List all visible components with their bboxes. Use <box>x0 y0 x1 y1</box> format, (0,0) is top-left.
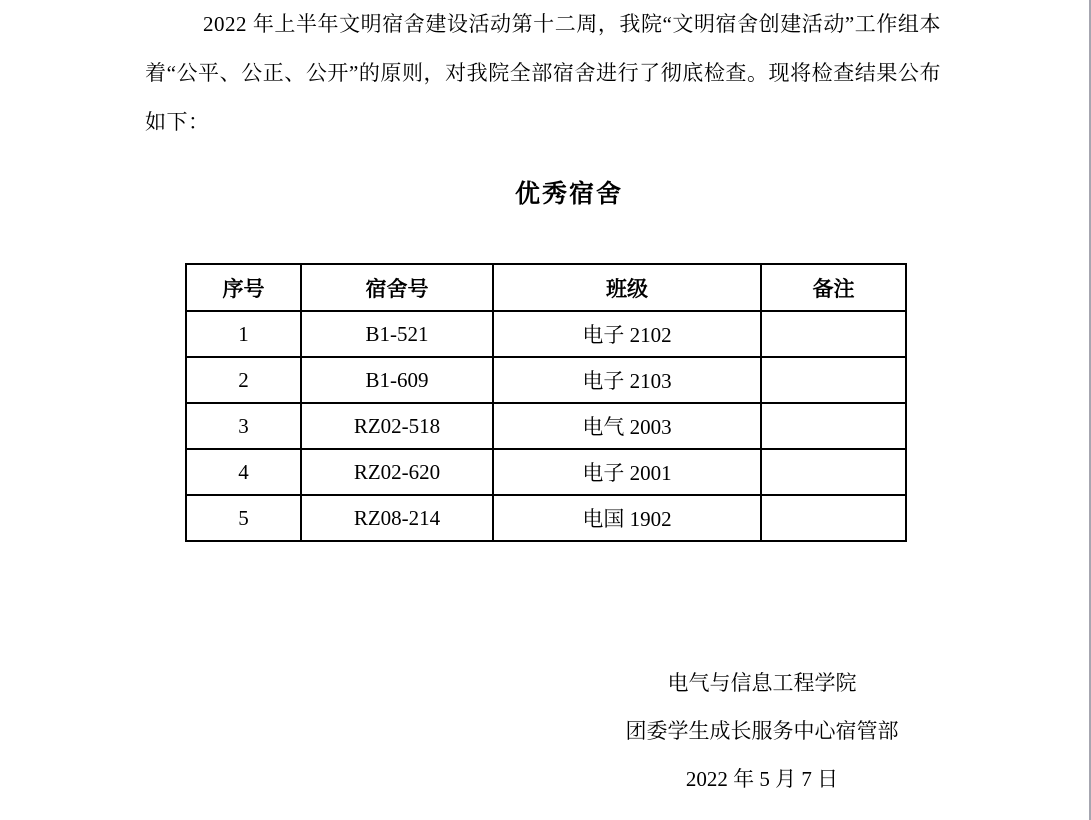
table-row: 2 B1-609 电子 2103 <box>186 357 906 403</box>
header-serial-number: 序号 <box>186 264 301 311</box>
cell-serial: 1 <box>186 311 301 357</box>
signature-date: 2022 年 5 月 7 日 <box>582 755 942 803</box>
table-row: 5 RZ08-214 电国 1902 <box>186 495 906 541</box>
table-header-row: 序号 宿舍号 班级 备注 <box>186 264 906 311</box>
cell-class: 电子 2102 <box>493 311 761 357</box>
cell-serial: 4 <box>186 449 301 495</box>
signature-block: 电气与信息工程学院 团委学生成长服务中心宿管部 2022 年 5 月 7 日 <box>582 659 942 803</box>
signature-office: 团委学生成长服务中心宿管部 <box>582 707 942 755</box>
intro-paragraph: 2022 年上半年文明宿舍建设活动第十二周，我院“文明宿舍创建活动”工作组本着“… <box>145 0 941 147</box>
cell-class: 电子 2001 <box>493 449 761 495</box>
cell-remarks <box>761 449 906 495</box>
cell-serial: 3 <box>186 403 301 449</box>
cell-remarks <box>761 357 906 403</box>
header-remarks: 备注 <box>761 264 906 311</box>
cell-dorm: RZ08-214 <box>301 495 493 541</box>
header-dorm-number: 宿舍号 <box>301 264 493 311</box>
table-row: 1 B1-521 电子 2102 <box>186 311 906 357</box>
cell-dorm: RZ02-620 <box>301 449 493 495</box>
section-title: 优秀宿舍 <box>145 174 941 210</box>
cell-class: 电子 2103 <box>493 357 761 403</box>
excellent-dorm-table: 序号 宿舍号 班级 备注 1 B1-521 电子 2102 2 B1-609 电… <box>185 263 907 542</box>
cell-remarks <box>761 495 906 541</box>
document-page: 2022 年上半年文明宿舍建设活动第十二周，我院“文明宿舍创建活动”工作组本着“… <box>0 0 1091 820</box>
cell-dorm: B1-609 <box>301 357 493 403</box>
table-row: 4 RZ02-620 电子 2001 <box>186 449 906 495</box>
cell-dorm: RZ02-518 <box>301 403 493 449</box>
header-class: 班级 <box>493 264 761 311</box>
cell-dorm: B1-521 <box>301 311 493 357</box>
cell-class: 电气 2003 <box>493 403 761 449</box>
cell-class: 电国 1902 <box>493 495 761 541</box>
cell-serial: 5 <box>186 495 301 541</box>
table-row: 3 RZ02-518 电气 2003 <box>186 403 906 449</box>
cell-serial: 2 <box>186 357 301 403</box>
cell-remarks <box>761 403 906 449</box>
signature-department: 电气与信息工程学院 <box>582 659 942 707</box>
cell-remarks <box>761 311 906 357</box>
